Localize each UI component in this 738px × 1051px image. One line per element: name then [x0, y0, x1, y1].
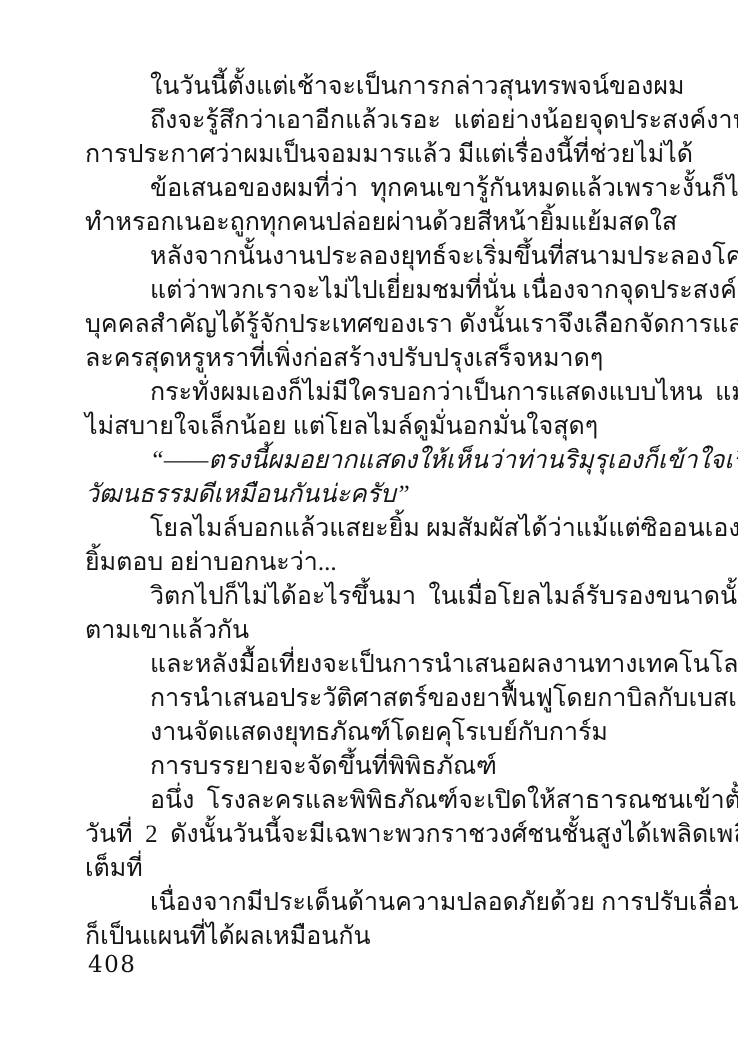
text-line: และหลังมื้อเที่ยงจะเป็นการนำเสนอผลงานทาง…	[85, 648, 660, 682]
text-line: ก็เป็นแผนที่ได้ผลเหมือนกัน	[85, 920, 660, 954]
text-line: งานจัดแสดงยุทธภัณฑ์โดยคุโรเบย์กับการ์ม	[85, 716, 660, 750]
book-page: ในวันนี้ตั้งแต่เช้าจะเป็นการกล่าวสุนทรพจ…	[0, 0, 738, 1051]
text-line: วิตกไปก็ไม่ได้อะไรขึ้นมา ในเมื่อโยลไมล์ร…	[85, 580, 660, 614]
body-text-block: ในวันนี้ตั้งแต่เช้าจะเป็นการกล่าวสุนทรพจ…	[85, 70, 660, 954]
text-line: ทำหรอกเนอะถูกทุกคนปล่อยผ่านด้วยสีหน้ายิ้…	[85, 206, 660, 240]
text-line: ละครสุดหรูหราที่เพิ่งก่อสร้างปรับปรุงเสร…	[85, 342, 660, 376]
text-line: ตามเขาแล้วกัน	[85, 614, 660, 648]
text-line: วันที่ 2 ดังนั้นวันนี้จะมีเฉพาะพวกราชวงศ…	[85, 818, 660, 852]
text-line: “——ตรงนี้ผมอยากแสดงให้เห็นว่าท่านริมุรุเ…	[85, 444, 660, 478]
text-line: การประกาศว่าผมเป็นจอมมารแล้ว มีแต่เรื่อง…	[85, 138, 660, 172]
text-line: ยิ้มตอบ อย่าบอกนะว่า...	[85, 546, 660, 580]
text-line: เต็มที่	[85, 852, 660, 886]
text-line: บุคคลสำคัญได้รู้จักประเทศของเรา ดังนั้นเ…	[85, 308, 660, 342]
text-line: แต่ว่าพวกเราจะไม่ไปเยี่ยมชมที่นั่น เนื่อ…	[85, 274, 660, 308]
page-number: 408	[88, 952, 136, 978]
text-line: การบรรยายจะจัดขึ้นที่พิพิธภัณฑ์	[85, 750, 660, 784]
text-line: เนื่องจากมีประเด็นด้านความปลอดภัยด้วย กา…	[85, 886, 660, 920]
text-line: การนำเสนอประวัติศาสตร์ของยาฟื้นฟูโดยกาบิ…	[85, 682, 660, 716]
text-line: อนึ่ง โรงละครและพิพิธภัณฑ์จะเปิดให้สาธาร…	[85, 784, 660, 818]
text-line: วัฒนธรรมดีเหมือนกันน่ะครับ”	[85, 478, 660, 512]
text-line: ในวันนี้ตั้งแต่เช้าจะเป็นการกล่าวสุนทรพจ…	[85, 70, 660, 104]
text-line: หลังจากนั้นงานประลองยุทธ์จะเริ่มขึ้นที่ส…	[85, 240, 660, 274]
text-line: ไม่สบายใจเล็กน้อย แต่โยลไมล์ดูมั่นอกมั่น…	[85, 410, 660, 444]
text-line: ข้อเสนอของผมที่ว่า ทุกคนเขารู้กันหมดแล้ว…	[85, 172, 660, 206]
text-line: โยลไมล์บอกแล้วแสยะยิ้ม ผมสัมผัสได้ว่าแม้…	[85, 512, 660, 546]
text-line: ถึงจะรู้สึกว่าเอาอีกแล้วเรอะ แต่อย่างน้อ…	[85, 104, 660, 138]
text-line: กระทั่งผมเองก็ไม่มีใครบอกว่าเป็นการแสดงแ…	[85, 376, 660, 410]
